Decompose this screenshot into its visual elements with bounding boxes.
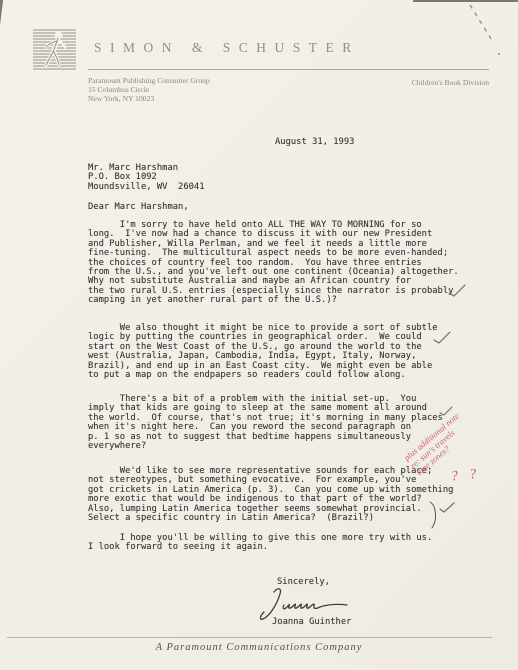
scan-edge-artifact (0, 0, 4, 40)
letter-date: August 31, 1993 (275, 138, 354, 147)
paragraph-4: We'd like to see more representative sou… (88, 467, 453, 523)
recipient-address-block: Mr. Marc Harshman P.O. Box 1092 Moundsvi… (88, 164, 205, 192)
paragraph-3: There's a bit of a problem with the init… (88, 395, 443, 451)
pencil-corner-mark (462, 2, 507, 66)
salutation: Dear Marc Harshman, (88, 203, 189, 212)
typed-signature-name: Joanna Guinther (272, 618, 351, 627)
parent-company-tagline: A Paramount Communications Company (0, 642, 518, 653)
division-label: Children's Book Division (412, 78, 489, 87)
red-question-marks-note: ? ? (450, 467, 481, 486)
paragraph-2: We also thought it might be nice to prov… (88, 324, 438, 380)
paragraph-1: I'm sorry to have held onto ALL THE WAY … (88, 221, 459, 306)
publisher-address-block: Paramount Publishing Consumer Group 15 C… (88, 76, 210, 104)
pencil-checkmark (432, 330, 452, 349)
pencil-checkmark (447, 283, 467, 302)
letterhead-divider (88, 69, 489, 70)
footer-divider (7, 637, 492, 638)
paragraph-5: I hope you'll be willing to give this on… (88, 534, 432, 553)
simon-schuster-sower-logo-icon (33, 28, 76, 71)
company-name: SIMON & SCHUSTER (94, 40, 360, 56)
scanned-letter-page: SIMON & SCHUSTER Paramount Publishing Co… (0, 0, 518, 670)
pencil-bracket-with-checkmark (428, 501, 458, 533)
